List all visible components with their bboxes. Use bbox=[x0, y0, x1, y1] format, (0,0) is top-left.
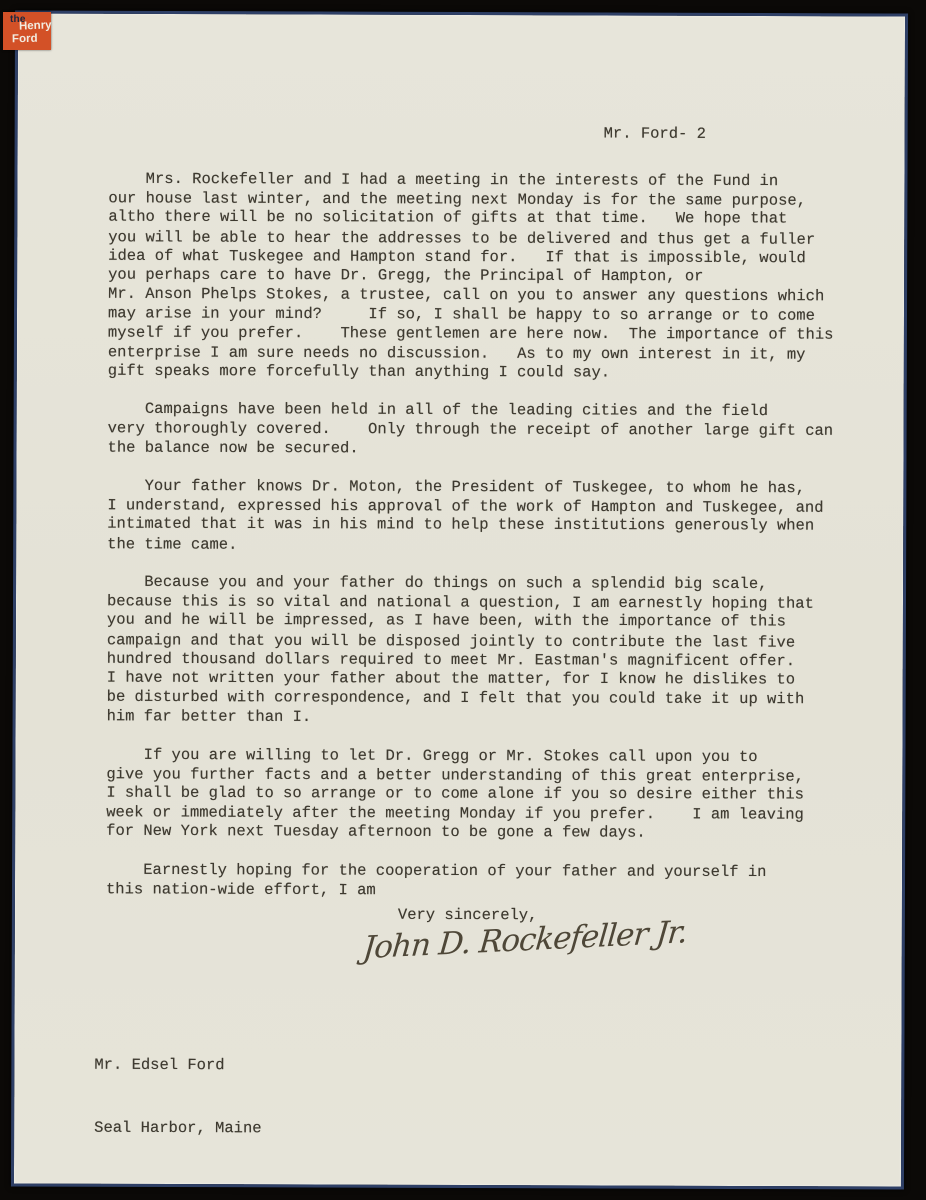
typewritten-line: you perhaps care to have Dr. Gregg, the … bbox=[108, 266, 834, 287]
typewritten-line: Mr. Anson Phelps Stokes, a trustee, call… bbox=[108, 285, 834, 307]
typewritten-line: myself if you prefer. These gentlemen ar… bbox=[108, 323, 834, 344]
typewritten-line: the balance now be secured. bbox=[108, 438, 834, 459]
typewritten-line: for New York next Tuesday afternoon to b… bbox=[106, 822, 832, 844]
typewritten-line: you and he will be impressed, as I have … bbox=[107, 611, 833, 632]
typewritten-line: intimated that it was in his mind to hel… bbox=[107, 515, 833, 536]
typewritten-line: Campaigns have been held in all of the l… bbox=[108, 400, 834, 422]
paragraph: Earnestly hoping for the cooperation of … bbox=[106, 861, 832, 902]
typewritten-line: I have not written your father about the… bbox=[107, 668, 833, 689]
typewritten-line: be disturbed with correspondence, and I … bbox=[107, 688, 833, 710]
paragraph: Because you and your father do things on… bbox=[107, 573, 833, 729]
henry-ford-logo: the Henry Ford bbox=[3, 12, 51, 50]
typewritten-line: If you are willing to let Dr. Gregg or M… bbox=[106, 745, 832, 767]
typewritten-line: this nation-wide effort, I am bbox=[106, 880, 832, 902]
typewritten-line: altho there will be no solicitation of g… bbox=[108, 208, 834, 229]
typewritten-line: gift speaks more forcefully than anythin… bbox=[108, 362, 834, 384]
typewritten-line: Your father knows Dr. Moton, the Preside… bbox=[107, 477, 833, 499]
typewritten-line: hundred thousand dollars required to mee… bbox=[107, 649, 833, 671]
closing-salutation: Very sincerely, bbox=[398, 906, 538, 924]
paragraph: Campaigns have been held in all of the l… bbox=[107, 400, 833, 460]
typewritten-line: campaign and that you will be disposed j… bbox=[107, 631, 833, 653]
typewritten-line: Earnestly hoping for the cooperation of … bbox=[106, 861, 832, 883]
typewritten-line: week or immediately after the meeting Mo… bbox=[106, 803, 832, 825]
typewritten-line: I shall be glad to so arrange or to come… bbox=[106, 784, 832, 805]
typewritten-line: Because you and your father do things on… bbox=[107, 573, 833, 595]
letter-body: Mrs. Rockefeller and I had a meeting in … bbox=[106, 170, 834, 902]
paragraph: If you are willing to let Dr. Gregg or M… bbox=[106, 745, 832, 843]
recipient-name: Mr. Edsel Ford bbox=[94, 1055, 262, 1077]
typewritten-line: Mrs. Rockefeller and I had a meeting in … bbox=[108, 170, 834, 192]
typewritten-line: enterprise I am sure needs no discussion… bbox=[108, 343, 834, 365]
recipient-address: Mr. Edsel Ford Seal Harbor, Maine bbox=[94, 1013, 262, 1182]
logo-text-ford: Ford bbox=[12, 33, 38, 45]
typewritten-line: the time came. bbox=[107, 535, 833, 557]
recipient-city: Seal Harbor, Maine bbox=[94, 1118, 262, 1140]
paragraph: Mrs. Rockefeller and I had a meeting in … bbox=[108, 170, 834, 384]
scan-background: Mr. Ford- 2 Mrs. Rockefeller and I had a… bbox=[0, 0, 926, 1200]
typewritten-line: you will be able to hear the addresses t… bbox=[108, 228, 834, 250]
typewritten-line: him far better than I. bbox=[107, 708, 833, 730]
logo-text-henry: Henry bbox=[19, 19, 52, 32]
paragraph: Your father knows Dr. Moton, the Preside… bbox=[107, 477, 833, 556]
letter-page: Mr. Ford- 2 Mrs. Rockefeller and I had a… bbox=[11, 10, 908, 1189]
page-header: Mr. Ford- 2 bbox=[604, 125, 706, 143]
